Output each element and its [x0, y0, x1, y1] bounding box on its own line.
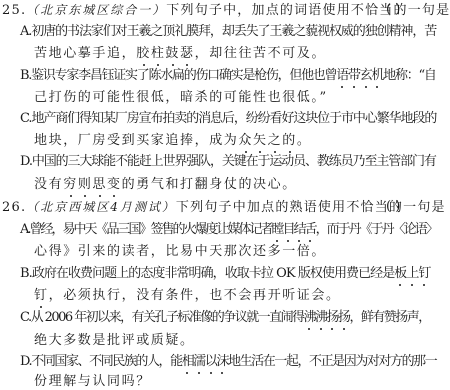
option-text: 己打伤的可能性很低，暗杀的可能性也很低。” [34, 90, 328, 105]
option-label: C. [20, 310, 31, 325]
emphasized-phrase: 板上钉 [394, 266, 430, 281]
option-text: 初唐的书法家们对王羲之顶礼膜拜，却丢失了王羲之藐视权威的独创精神，苦 [31, 24, 436, 39]
emphasized-phrase: 钉 [34, 288, 49, 303]
question-source: （北京西城区4月测试） [26, 200, 176, 214]
question-25-header: 25.（北京东城区综合一）下列句子中，加点的词语使用不恰当的一句是 [2, 2, 450, 18]
answer-blank: ( ) [386, 2, 400, 18]
option-text: 的勇气和打翻身仗的决心。 [122, 177, 297, 192]
option-text: ，必须执行，没有条件，也不会再开听证会。 [49, 288, 341, 303]
option-text: 不同国家、不同民族的人，能 [31, 354, 181, 369]
question-stem: 下列句子中，加点的词语使用不恰当的一句是 [166, 3, 450, 18]
option-label: B. [20, 266, 32, 281]
emphasized-phrase: 相濡以沫 [182, 354, 228, 369]
option-text: 地产商们得知某厂房宣布拍卖的消息后，纷纷看好这块位于市中心繁华地段的 [31, 111, 436, 126]
option-text: 曾经，易中天《品三国》签售的火爆度让媒体记者 [30, 222, 272, 237]
option-text: 政府在收费问题上的态度非常明确，收取卡拉 OK 版权使用费已经是 [32, 266, 394, 281]
q25-option-b-cont: 己打伤的可能性很低，暗杀的可能性也很低。” [34, 90, 328, 106]
q26-option-b-cont: 钉，必须执行，没有条件，也不会再开听证会。 [34, 288, 341, 304]
q26-option-c-cont: 绝大多数是批评或质疑。 [34, 333, 195, 349]
emphasized-phrase: 穷则思变 [63, 177, 121, 192]
option-label: D. [20, 154, 32, 169]
option-text: 份理解与认同吗？ [34, 374, 151, 389]
question-number: 26. [2, 200, 26, 215]
exam-page: 25.（北京东城区综合一）下列句子中，加点的词语使用不恰当的一句是 ( ) A.… [0, 0, 450, 390]
q25-option-b: B.鉴识专家李昌钰证实了陈水扁的伤口确实是枪伤，但他也曾语带玄机地称：“自 [20, 68, 436, 84]
emphasized-phrase: 瞠目结舌 [272, 222, 316, 237]
q25-option-c-cont: 地块，厂房受到买家追捧，成为众矢之的。 [34, 133, 311, 149]
option-text: 从 2006 年初以来，有关孔子标准像的争议就一直闹得 [31, 310, 304, 325]
question-number: 25. [2, 3, 26, 18]
q26-option-c: C.从 2006 年初以来，有关孔子标准像的争议就一直闹得沸沸扬扬，鲜有赞扬声， [20, 310, 430, 326]
q26-option-a-cont: 心得》引来的读者，比易中天那次还多一倍。 [34, 244, 326, 260]
q26-option-b: B.政府在收费问题上的态度非常明确，收取卡拉 OK 版权使用费已经是板上钉 [20, 266, 430, 282]
question-26-header: 26.（北京西城区4月测试）下列句子中加点的熟语使用不恰当的一句是 [2, 199, 446, 215]
option-text: 没有 [34, 177, 63, 192]
option-label: A. [20, 222, 30, 237]
option-text: 中国的三大球能不能赶上世界强队，关键在于运动员、教练员乃至主管部门有 [32, 154, 436, 169]
emphasized-phrase: 语带玄机 [336, 68, 383, 83]
emphasized-phrase: 众矢之的 [238, 133, 296, 148]
q25-option-c: C.地产商们得知某厂房宣布拍卖的消息后，纷纷看好这块位于市中心繁华地段的 [20, 111, 436, 127]
q25-option-a-cont: 苦地心摹手追，胶柱鼓瑟，却往往苦不可及。 [34, 46, 326, 62]
option-label: D. [20, 354, 31, 369]
option-label: B. [20, 68, 31, 83]
option-label: C. [20, 111, 31, 126]
q26-option-a: A.曾经，易中天《品三国》签售的火爆度让媒体记者瞠目结舌，而于丹《于丹〈论语〉 [20, 222, 437, 238]
option-text: 地块，厂房受到买家追捧，成为 [34, 133, 238, 148]
option-text: 绝大多数是批评或质疑。 [34, 333, 195, 348]
option-text: 。 [297, 133, 312, 148]
q25-option-a: A.初唐的书法家们对王羲之顶礼膜拜，却丢失了王羲之藐视权威的独创精神，苦 [20, 24, 436, 40]
q26-option-d-cont: 份理解与认同吗？ [34, 374, 151, 390]
option-text: ，却往往苦不可及。 [195, 46, 326, 61]
option-text: ，鲜有赞扬声， [349, 310, 429, 325]
answer-blank: ( ) [386, 199, 400, 215]
emphasized-phrase: 胶柱鼓瑟 [136, 46, 194, 61]
emphasized-phrase: 沸沸扬扬 [304, 310, 350, 325]
option-text: 鉴识专家李昌钰证实了陈水扁的伤口确实是枪伤，但他也曾 [31, 68, 336, 83]
q25-option-d-cont: 没有穷则思变的勇气和打翻身仗的决心。 [34, 177, 297, 193]
option-text: ，而于丹《于丹〈论语〉 [316, 222, 437, 237]
option-text: 地称：“自 [383, 68, 435, 83]
option-text: 地生活在一起，不正是因为对对方的那一 [228, 354, 436, 369]
option-label: A. [20, 24, 31, 39]
option-text: 苦地心摹手追， [34, 46, 136, 61]
question-stem: 下列句子中加点的熟语使用不恰当的一句是 [176, 200, 446, 215]
option-text: 心得》引来的读者，比易中天那次还多一倍。 [34, 244, 326, 259]
question-source: （北京东城区综合一） [26, 3, 166, 17]
q26-option-d: D.不同国家、不同民族的人，能相濡以沫地生活在一起，不正是因为对对方的那一 [20, 354, 436, 370]
q25-option-d: D.中国的三大球能不能赶上世界强队，关键在于运动员、教练员乃至主管部门有 [20, 154, 436, 170]
